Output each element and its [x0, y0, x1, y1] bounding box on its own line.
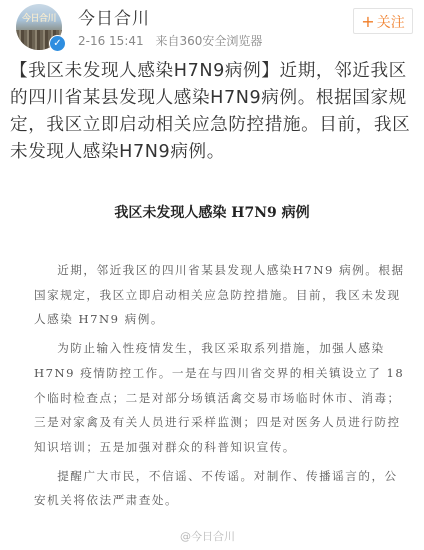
post-meta: 2-16 15:41 来自360安全浏览器 [78, 32, 262, 49]
article-body: 近期，邻近我区的四川省某县发现人感染H7N9 病例。根据国家规定，我区立即启动相… [34, 258, 408, 513]
plus-icon: + [361, 12, 374, 31]
article-paragraph: 近期，邻近我区的四川省某县发现人感染H7N9 病例。根据国家规定，我区立即启动相… [34, 258, 408, 332]
article-image[interactable]: 我区未发现人感染 H7N9 病例 近期，邻近我区的四川省某县发现人感染H7N9 … [0, 178, 424, 550]
article-paragraph: 提醒广大市民，不信谣、不传谣。对制作、传播谣言的，公安机关将依法严肃查处。 [34, 464, 408, 513]
follow-label: 关注 [377, 15, 405, 31]
article-paragraph: 为防止输入性疫情发生，我区采取系列措施，加强人感染 H7N9 疫情防控工作。一是… [34, 336, 408, 460]
verified-icon: ✓ [49, 35, 66, 52]
follow-button[interactable]: +关注 [353, 8, 413, 34]
post-text: 【我区未发现人感染H7N9病例】近期，邻近我区的四川省某县发现人感染H7N9病例… [10, 58, 416, 166]
post-header: 今日合川 ✓ 今日合川 2-16 15:41 来自360安全浏览器 +关注 [0, 0, 424, 56]
avatar-text: 今日合川 [16, 11, 62, 24]
username[interactable]: 今日合川 [78, 4, 150, 29]
article-title: 我区未发现人感染 H7N9 病例 [0, 202, 424, 222]
post-source: 来自360安全浏览器 [155, 34, 262, 48]
watermark: @今日合川 [180, 528, 235, 544]
timestamp[interactable]: 2-16 15:41 [78, 34, 144, 48]
